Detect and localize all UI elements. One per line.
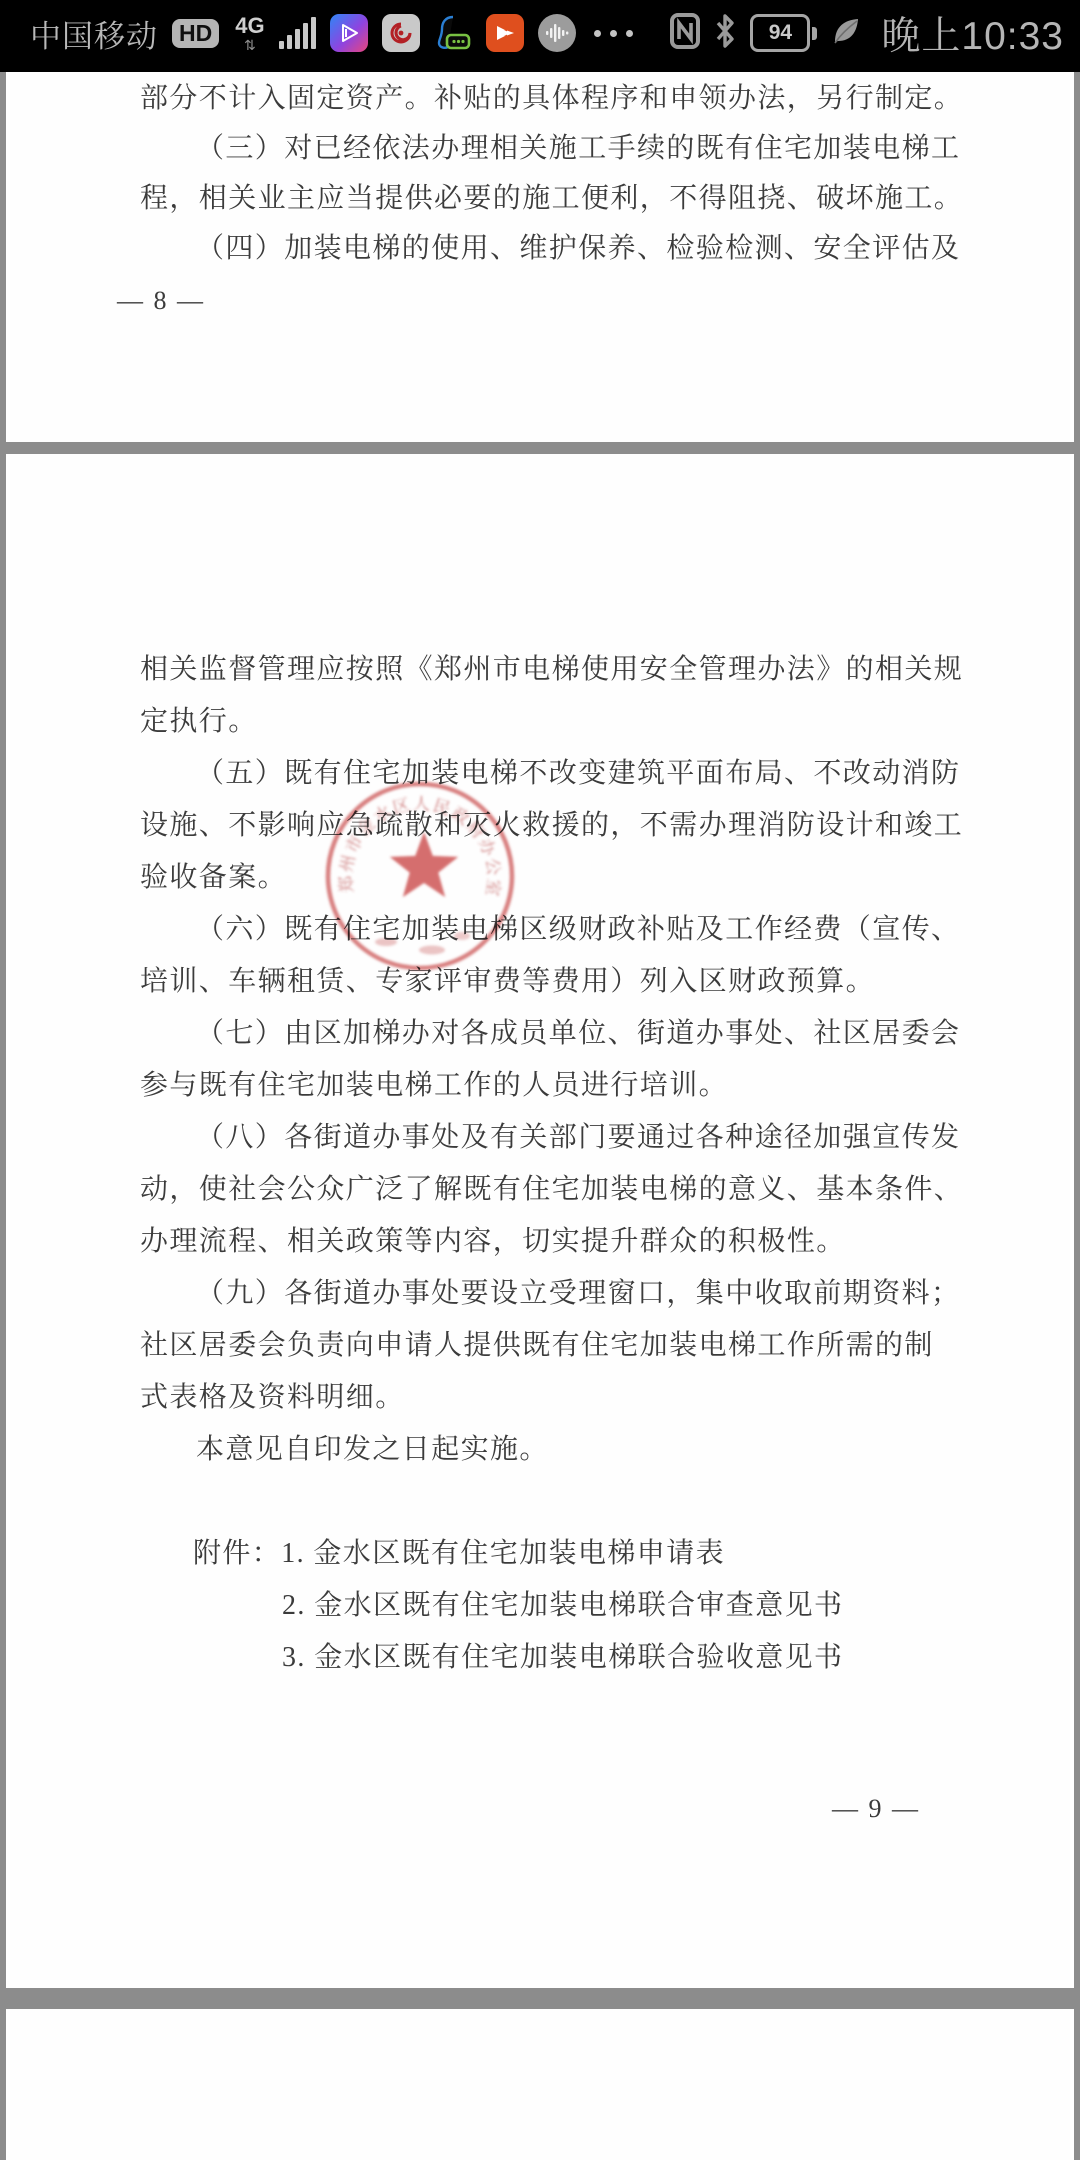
doc-line: （九）各街道办事处要设立受理窗口，集中收取前期资料； (6, 1268, 1074, 1320)
blank-line (6, 1476, 1074, 1528)
nfc-icon (670, 13, 700, 54)
document-viewer[interactable]: 部分不计入固定资产。补贴的具体程序和申领办法，另行制定。 （三）对已经依法办理相… (0, 72, 1080, 2160)
doc-line: 办理流程、相关政策等内容，切实提升群众的积极性。 (6, 1216, 1074, 1268)
voice-memo-icon (538, 14, 576, 52)
status-right-cluster: 94 晚上10:33 (670, 5, 1064, 61)
doc-line: 相关监督管理应按照《郑州市电梯使用安全管理办法》的相关规 (6, 644, 1074, 696)
attachments-line: 附件：1. 金水区既有住宅加装电梯申请表 (6, 1528, 1074, 1580)
qq-app-icon (434, 14, 472, 52)
bluetooth-icon (714, 13, 736, 54)
updown-arrows-icon: ⇅ (244, 38, 256, 52)
swirl-app-icon (382, 14, 420, 52)
document-page-10-blank (6, 2009, 1074, 2160)
video-app-icon (330, 14, 368, 52)
doc-line: 设施、不影响应急疏散和灭火救援的，不需办理消防设计和竣工 (6, 800, 1074, 852)
attachment-item: 1. 金水区既有住宅加装电梯申请表 (281, 1538, 725, 1569)
attachments-label: 附件： (193, 1538, 281, 1569)
status-bar: 中国移动 HD 4G ⇅ (0, 0, 1080, 72)
document-page-9: 相关监督管理应按照《郑州市电梯使用安全管理办法》的相关规 定执行。 （五）既有住… (6, 454, 1074, 1988)
battery-indicator: 94 (750, 14, 817, 52)
doc-line: 动，使社会公众广泛了解既有住宅加装电梯的意义、基本条件、 (6, 1164, 1074, 1216)
document-page-8: 部分不计入固定资产。补贴的具体程序和申领办法，另行制定。 （三）对已经依法办理相… (6, 72, 1074, 442)
network-4g-indicator: 4G ⇅ (235, 15, 264, 52)
doc-line: 参与既有住宅加装电梯工作的人员进行培训。 (6, 1060, 1074, 1112)
doc-line: 验收备案。 (6, 852, 1074, 904)
carrier-label: 中国移动 (30, 11, 158, 56)
doc-line: 社区居委会负责向申请人提供既有住宅加装电梯工作所需的制 (6, 1320, 1074, 1372)
doc-line: （四）加装电梯的使用、维护保养、检验检测、安全评估及 (6, 224, 1074, 274)
doc-line: （五）既有住宅加装电梯不改变建筑平面布局、不改动消防 (6, 748, 1074, 800)
doc-line: 部分不计入固定资产。补贴的具体程序和申领办法，另行制定。 (6, 74, 1074, 124)
doc-line: 定执行。 (6, 696, 1074, 748)
doc-line: （八）各街道办事处及有关部门要通过各种途径加强宣传发 (6, 1112, 1074, 1164)
status-left-cluster: 中国移动 HD 4G ⇅ (30, 11, 633, 56)
doc-line: （三）对已经依法办理相关施工手续的既有住宅加装电梯工 (6, 124, 1074, 174)
doc-line: 式表格及资料明细。 (6, 1372, 1074, 1424)
battery-tip (812, 27, 817, 40)
battery-percent: 94 (750, 14, 810, 52)
doc-line: 培训、车辆租赁、专家评审费等费用）列入区财政预算。 (6, 956, 1074, 1008)
doc-line: （六）既有住宅加装电梯区级财政补贴及工作经费（宣传、 (6, 904, 1074, 956)
phone-screen: 中国移动 HD 4G ⇅ (0, 0, 1080, 2160)
clock-label: 晚上10:33 (881, 5, 1064, 61)
page-number-8: — 8 — (6, 276, 1074, 326)
hd-badge: HD (172, 19, 219, 48)
network-label: 4G (235, 15, 264, 37)
more-notifications-icon (594, 30, 633, 37)
doc-line: （七）由区加梯办对各成员单位、街道办事处、社区居委会 (6, 1008, 1074, 1060)
attachment-item: 2. 金水区既有住宅加装电梯联合审查意见书 (6, 1580, 1074, 1632)
signal-bars-icon (279, 17, 316, 49)
attachment-item: 3. 金水区既有住宅加装电梯联合验收意见书 (6, 1632, 1074, 1684)
player-app-icon (486, 14, 524, 52)
power-save-leaf-icon (831, 16, 861, 51)
doc-line: 程，相关业主应当提供必要的施工便利，不得阻挠、破坏施工。 (6, 174, 1074, 224)
doc-line: 本意见自印发之日起实施。 (6, 1424, 1074, 1476)
page-number-9: — 9 — (832, 1783, 920, 1835)
